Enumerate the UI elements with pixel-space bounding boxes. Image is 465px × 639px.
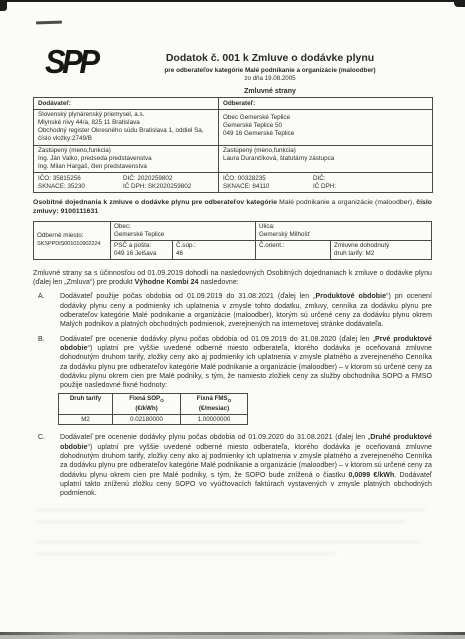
clause-a-text: Dodávateľ použije počas obdobia od 01.09…: [60, 292, 432, 329]
customer-sknace: SKNACE: 84110: [223, 183, 313, 191]
customer-rep-names: Laura Durančíková, štatutárny zástupca: [223, 155, 428, 163]
delivery-point-label: Odberné miesto:: [37, 232, 107, 240]
scanned-document-page: SPP Dodatok č. 001 k Zmluve o dodávke pl…: [0, 0, 465, 639]
delivery-point-table: Odberné miesto: SKSPPDIS001010902224 Obe…: [33, 221, 432, 260]
effective-clause: Zmluvné strany sa s účinnosťou od 01.09.…: [33, 269, 432, 287]
document-date: zo dňa 19.08.2005: [83, 75, 457, 82]
supplier-ids: IČO: 35815256 DIČ: 2020259802 SKNACE: 35…: [34, 173, 219, 193]
street-cell: Ulica: Gemerský Milhošť: [256, 222, 431, 240]
scan-strip-bottom: [0, 635, 465, 639]
parties-address-row: Slovenský plynárenský priemysel, a.s. Ml…: [34, 109, 433, 145]
tariff-type-header: Druh tarify: [59, 394, 113, 414]
street-label: Ulica:: [259, 223, 428, 231]
scan-bleedthrough: [36, 552, 336, 556]
document-header: SPP Dodatok č. 001 k Zmluve o dodávke pl…: [33, 0, 432, 97]
delivery-point-code: SKSPPDIS001010902224: [37, 241, 107, 249]
clause-a-label: A.: [33, 292, 60, 329]
contracted-tariff-cell: Zmluvne dohodnutý druh tarify: M2: [331, 241, 431, 259]
supplier-address: Slovenský plynárenský priemysel, a.s. Ml…: [34, 109, 219, 145]
customer-ids: IČO: 00328235 DIČ: SKNACE: 84110 IČ DPH:: [219, 173, 433, 193]
customer-ico: IČO: 00328235: [223, 175, 313, 183]
fixed-fms-value: 1.00000000: [181, 414, 248, 425]
document-title: Dodatok č. 001 k Zmluve o dodávke plynu: [83, 52, 457, 64]
document-content: SPP Dodatok č. 001 k Zmluve o dodávke pl…: [33, 0, 432, 499]
scan-corner-top-right: [454, 0, 465, 7]
clause-b-text: Dodávateľ pre ocenenie dodávky plynu poč…: [60, 335, 432, 391]
scan-corner-top-left: [0, 0, 7, 11]
clause-c-text: Dodávateľ pre ocenenie dodávky plynu poč…: [60, 433, 432, 498]
customer-representatives: Zastúpený (meno,funkcia) Laura Durančíko…: [219, 145, 433, 173]
clause-c: C. Dodávateľ pre ocenenie dodávky plynu …: [33, 433, 432, 498]
clause-b: B. Dodávateľ pre ocenenie dodávky plynu …: [33, 335, 432, 391]
customer-dic: DIČ:: [313, 175, 428, 183]
tariff-table-data-row: M2 0.02180000 1.00000000: [59, 414, 248, 425]
supplier-ic-dph: IČ DPH: SK2020259802: [123, 183, 214, 191]
municipality-label: Obec:: [114, 223, 252, 231]
fixed-sop-header: Fixná SOPO (€/kWh): [113, 394, 181, 414]
supplier-dic: DIČ: 2020259802: [123, 175, 214, 183]
special-provisions-heading: Osobitné dojednania k zmluve o dodávke p…: [33, 199, 432, 217]
parties-header-row: Dodávateľ: Odberateľ:: [34, 98, 433, 110]
parties-ids-row: IČO: 35815256 DIČ: 2020259802 SKNACE: 35…: [34, 173, 433, 193]
supplier-representatives: Zastúpený (meno,funkcia) Ing. Ján Valko,…: [34, 145, 219, 173]
house-number-value: 46: [176, 250, 252, 258]
supplier-rep-names: Ing. Ján Valko, predseda predstavenstva …: [38, 155, 214, 171]
clause-c-label: C.: [33, 433, 60, 498]
fixed-fms-header: Fixná FMSO (€/mesiac): [181, 394, 248, 414]
document-subtitle: pre odberateľov kategórie Malé podnikani…: [83, 67, 457, 74]
fixed-sop-value: 0.02180000: [113, 414, 181, 425]
scan-bleedthrough: [36, 520, 406, 524]
scan-bleedthrough: [36, 508, 426, 512]
customer-rep-label: Zastúpený (meno,funkcia): [223, 147, 428, 155]
orientation-number-label: Č.orient.:: [259, 242, 327, 250]
tariff-table: Druh tarify Fixná SOPO (€/kWh) Fixná FMS…: [58, 393, 248, 425]
parties-section-title: Zmluvné strany: [83, 88, 457, 95]
municipality-cell: Obec: Gemerské Teplice: [111, 222, 256, 240]
tariff-table-header-row: Druh tarify Fixná SOPO (€/kWh) Fixná FMS…: [59, 394, 248, 414]
title-block: Dodatok č. 001 k Zmluve o dodávke plynu …: [83, 52, 457, 95]
supplier-rep-label: Zastúpený (meno,funkcia): [38, 147, 214, 155]
supplier-header: Dodávateľ:: [34, 98, 219, 110]
delivery-point-cell: Odberné miesto: SKSPPDIS001010902224: [34, 222, 111, 259]
customer-header: Odberateľ:: [219, 98, 433, 110]
scan-bleedthrough: [36, 540, 421, 544]
house-number-label: Č.súp.:: [176, 242, 252, 250]
supplier-sknace: SKNACE: 35230: [38, 183, 123, 191]
customer-address: Obec Gemerské Teplice Gemerské Teplice 5…: [219, 109, 433, 145]
customer-ic-dph: IČ DPH:: [313, 183, 428, 191]
orientation-number-cell: Č.orient.:: [256, 241, 331, 259]
tariff-type-value: M2: [59, 414, 113, 425]
postcode-cell: PSČ a pošta: 049 16 Jelšava: [111, 241, 173, 259]
parties-table: Dodávateľ: Odberateľ: Slovenský plynáren…: [33, 97, 433, 193]
street-value: Gemerský Milhošť: [259, 231, 428, 239]
supplier-ico: IČO: 35815256: [38, 175, 123, 183]
parties-representatives-row: Zastúpený (meno,funkcia) Ing. Ján Valko,…: [34, 145, 433, 173]
postcode-value: 049 16 Jelšava: [114, 250, 169, 258]
clause-b-label: B.: [33, 335, 60, 391]
clause-a: A. Dodávateľ použije počas obdobia od 01…: [33, 292, 432, 329]
house-number-cell: Č.súp.: 46: [173, 241, 256, 259]
municipality-value: Gemerské Teplice: [114, 231, 252, 239]
postcode-label: PSČ a pošta:: [114, 242, 169, 250]
